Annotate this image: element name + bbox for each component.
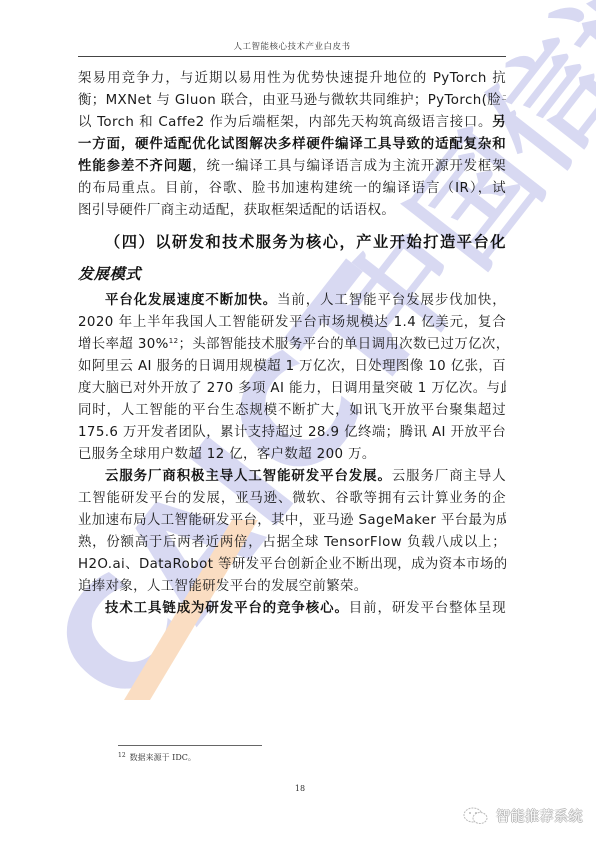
header-divider [78,56,506,57]
para1-line: 同时，人工智能的平台生态规模不断扩大，如讯飞开放平台聚集超过 [78,400,506,422]
para2-line: 追捧对象，人工智能研发平台的发展空前繁荣。 [78,576,506,598]
para1-line: 度大脑已对外开放了 270 多项 AI 能力，日调用量突破 1 万亿次。与此 [78,378,506,400]
page-number: 18 [290,784,310,793]
text-line: 性能参差不齐问题，统一编译工具与编译语言成为主流开源开发框架 [78,156,506,178]
para1-line: 已服务全球用户数超 12 亿，客户数超 200 万。 [78,444,506,466]
para2-line: H2O.ai、DataRobot 等研发平台创新企业不断出现，成为资本市场的 [78,554,506,576]
section-heading-cont: 发展模式 [78,258,506,290]
text-line: 衡；MXNet 与 Gluon 联合，由亚马逊与微软共同维护；PyTorch(脸… [78,90,506,112]
wechat-icon [462,806,490,826]
para1-line: 如阿里云 AI 服务的日调用规模超 1 万亿次，日处理图像 10 亿张，百 [78,356,506,378]
footnote-divider [118,745,262,746]
document-body: 架易用竞争力，与近期以易用性为优势快速提升地位的 PyTorch 抗 衡；MXN… [78,68,506,620]
text-line: 架易用竞争力，与近期以易用性为优势快速提升地位的 PyTorch 抗 [78,68,506,90]
footnote: 12数据来源于 IDC。 [118,752,196,763]
footnote-ref[interactable]: 12 [169,337,179,345]
running-header: 人工智能核心技术产业白皮书 [78,40,506,52]
para1-line: 2020 年上半年我国人工智能研发平台市场规模达 1.4 亿美元，复合 [78,312,506,334]
para2-line: 工智能研发平台的发展，亚马逊、微软、谷歌等拥有云计算业务的企 [78,488,506,510]
text-line: 的布局重点。目前，谷歌、脸书加速构建统一的编译语言（IR），试 [78,178,506,200]
brand-overlay: 智能推荐系统 [462,806,583,826]
section-heading: （四）以研发和技术服务为核心，产业开始打造平台化 [78,226,506,258]
text-line: 图引导硬件厂商主动适配，获取框架适配的话语权。 [78,200,506,222]
para1-line: 平台化发展速度不断加快。当前，人工智能平台发展步伐加快， [78,290,506,312]
para2-line: 云服务厂商积极主导人工智能研发平台发展。云服务厂商主导人 [78,466,506,488]
para2-line: 业加速布局人工智能研发平台，其中，亚马逊 SageMaker 平台最为成 [78,510,506,532]
document-page: CAICT 中国信通院 人工智能核心技术产业白皮书 架易用竞争力，与近期以易用性… [0,0,596,843]
text-line-bold: 一方面，硬件适配优化试图解决多样硬件编译工具导致的适配复杂和 [78,134,506,156]
text-line: 以 Torch 和 Caffe2 作为后端框架，内部先天构筑高级语言接口。另 [78,112,506,134]
para2-line: 熟，份额高于后两者近两倍，占据全球 TensorFlow 负载八成以上； [78,532,506,554]
para1-line: 增长率超 30%12；头部智能技术服务平台的单日调用次数已过万亿次， [78,334,506,356]
para3-line: 技术工具链成为研发平台的竞争核心。目前，研发平台整体呈现 [78,598,506,620]
brand-text: 智能推荐系统 [496,806,583,826]
para1-line: 175.6 万开发者团队，累计支持超过 28.9 亿终端；腾讯 AI 开放平台 [78,422,506,444]
